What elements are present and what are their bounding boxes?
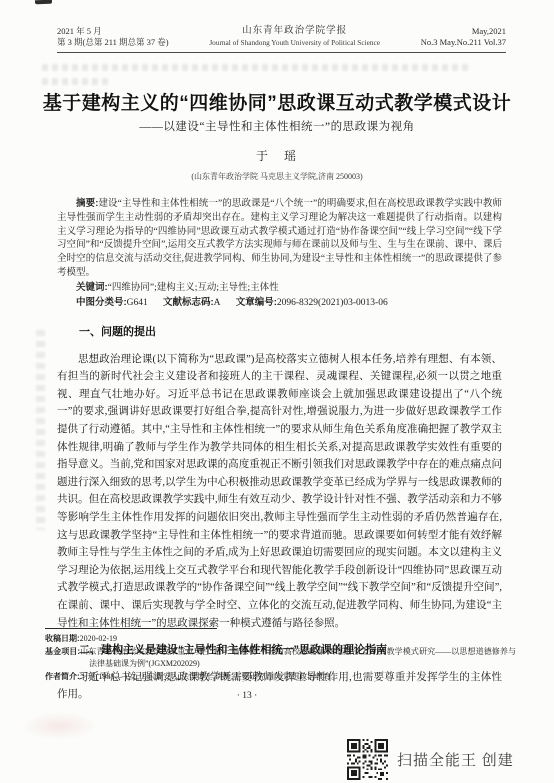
doc-code-group: 文献标志码:A	[163, 298, 221, 308]
footnotes: 收稿日期:2020-02-19 基金项目:山东青年政治学院教学改革重点项目“基于…	[45, 633, 516, 683]
header-issue-info-en: May,2021 No.3 May.No.211 Vol.37	[421, 26, 506, 48]
author-name: 于 瑶	[0, 147, 554, 164]
scanner-watermark: 扫描全能王 创建	[347, 739, 514, 780]
clc-label: 中图分类号:	[76, 297, 127, 308]
author-bio: 作者简介:于瑶(1988— ),女,山东泰安人,法学博士,讲师,主要研究方向:思…	[45, 671, 516, 684]
journal-name-en: Journal of Shandong Youth University of …	[209, 37, 380, 48]
scan-smudge	[22, 712, 97, 740]
header-issue-info: 2021 年 5 月 第 3 期(总第 211 期总第 37 卷)	[57, 26, 169, 48]
header-journal-name: 山东青年政治学院学报 Journal of Shandong Youth Uni…	[209, 26, 380, 48]
scan-corner-mark	[35, 0, 52, 4]
page-number: · 13 ·	[0, 691, 494, 701]
received-date: 收稿日期:2020-02-19	[45, 633, 516, 646]
abstract: 摘要:建设“主导性和主体性相统一”的思政课是“八个统一”的明确要求,但在高校思政…	[57, 197, 502, 281]
section-1-paragraph: 思想政治理论课(以下简称为“思政课”)是高校落实立德树人根本任务,培养有理想、有…	[57, 351, 502, 633]
classification-line: 中图分类号:G641文献标志码:A文章编号:2096-8329(2021)03-…	[57, 296, 502, 311]
keywords: 关键词:“四维协同”;建构主义;互动;主导性;主体性	[57, 281, 502, 296]
doc-code-label: 文献标志码:	[163, 297, 214, 308]
header-date-cn: 2021 年 5 月	[57, 26, 169, 37]
front-matter: 摘要:建设“主导性和主体性相统一”的思政课是“八个统一”的明确要求,但在高校思政…	[57, 197, 502, 310]
fund-project: 基金项目:山东青年政治学院教学改革重点项目“基于‘智慧树’平台的高校思政课‘四维…	[45, 646, 516, 671]
qr-code-icon	[347, 739, 388, 780]
fund-project-value: 山东青年政治学院教学改革重点项目“基于‘智慧树’平台的高校思政课‘四维融合’互动…	[80, 647, 516, 669]
clc-group: 中图分类号:G641	[76, 298, 148, 308]
abstract-text: 建设“主导性和主体性相统一”的思政课是“八个统一”的明确要求,但在高校思政课教学…	[57, 199, 502, 278]
received-date-value: 2020-02-19	[80, 634, 117, 643]
abstract-label: 摘要:	[76, 198, 98, 209]
article-id-value: 2096-8329(2021)03-0013-06	[277, 298, 388, 308]
received-date-label: 收稿日期:	[45, 634, 80, 643]
section-1-heading: 一、问题的提出	[57, 324, 502, 342]
article-id-group: 文章编号:2096-8329(2021)03-0013-06	[236, 298, 388, 308]
doc-code-value: A	[214, 298, 221, 308]
article-subtitle: ——以建设“主导性和主体性相统一”的思政课为视角	[0, 118, 554, 134]
journal-name-cn: 山东青年政治学院学报	[209, 26, 380, 37]
fund-project-label: 基金项目:	[45, 647, 80, 656]
keywords-label: 关键词:	[76, 282, 108, 293]
header-issue-en: No.3 May.No.211 Vol.37	[421, 37, 506, 48]
author-affiliation: (山东青年政治学院 马克思主义学院,济南 250003)	[0, 171, 554, 182]
article-id-label: 文章编号:	[236, 297, 277, 308]
clc-value: G641	[127, 298, 148, 308]
header-date-en: May,2021	[421, 26, 506, 37]
footnote-divider	[45, 628, 217, 629]
article-title: 基于建构主义的“四维协同”思政课互动式教学模式设计	[0, 88, 554, 115]
header-issue-cn: 第 3 期(总第 211 期总第 37 卷)	[57, 37, 169, 48]
watermark-text: 扫描全能王 创建	[397, 749, 514, 770]
bleed-through-line	[42, 64, 472, 71]
bleed-through-column	[36, 330, 45, 530]
keywords-text: “四维协同”;建构主义;互动;主导性;主体性	[108, 283, 279, 293]
bleed-through-line	[42, 78, 112, 85]
scanned-paper-page: 2021 年 5 月 第 3 期(总第 211 期总第 37 卷) 山东青年政治…	[0, 0, 554, 783]
author-bio-label: 作者简介:	[45, 672, 80, 681]
author-bio-value: 于瑶(1988— ),女,山东泰安人,法学博士,讲师,主要研究方向:思想政治教育…	[80, 672, 340, 681]
journal-header: 2021 年 5 月 第 3 期(总第 211 期总第 37 卷) 山东青年政治…	[57, 26, 506, 53]
